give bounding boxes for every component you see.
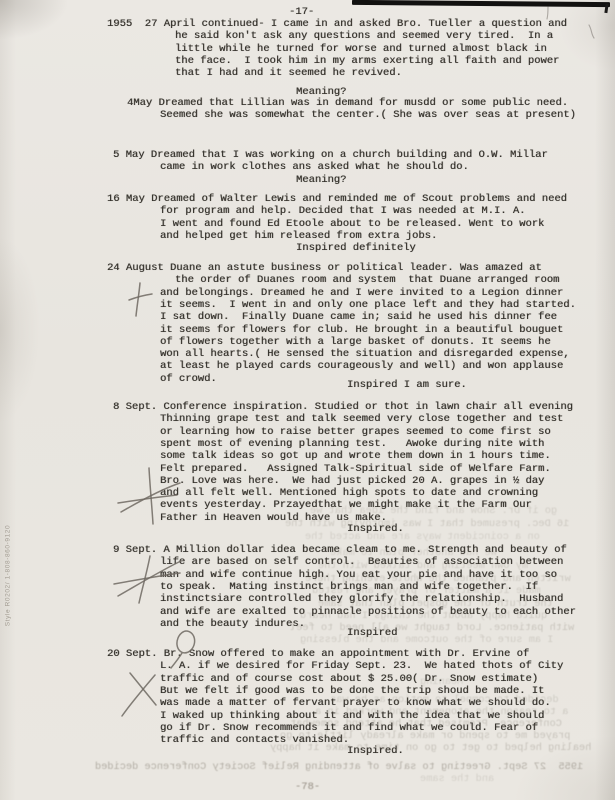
bleedthrough-text: the truth of the gospel plan that same	[318, 598, 553, 610]
scanned-page: -17- 1955 27 April continued- I came in …	[0, 0, 615, 800]
bleedthrough-text: a to reason the atonement and worked in …	[315, 706, 568, 718]
bleedthrough-text: Meaning	[420, 676, 463, 688]
entry-8-sept-line: or learning how to raise better grapes s…	[160, 426, 551, 438]
edge-stamp: Style R0202/ 1-808-860-9120	[5, 516, 12, 636]
margin-asterisk-mark-1	[149, 468, 153, 524]
entry-8-sept-line: Thinning grape test and talk seemed very…	[160, 413, 563, 425]
margin-cross-mark	[129, 294, 152, 300]
entry-27-april-line: he said kon't ask any questions and seem…	[175, 30, 553, 42]
bleedthrough-text: written and planned the whole evening th…	[305, 573, 571, 585]
entry-8-sept-line: and all felt well. Mentioned high spots …	[160, 487, 538, 499]
bleedthrough-text: healing helped to get to go on time to m…	[270, 742, 591, 754]
entry-16-may-line: and helped get him released from extra j…	[160, 230, 437, 242]
entry-27-april-line: that I had and it seemed he revived.	[175, 67, 402, 79]
bleedthrough-text: 16 Dec. presumed that I was improving wi…	[285, 518, 569, 530]
bleedthrough-text: quite happy about the things I had heard	[300, 610, 547, 622]
entry-8-sept-line: 8 Sept. Conference inspiration. Studied …	[113, 401, 573, 413]
corner-scribble	[589, 25, 594, 38]
bleedthrough-text: prayed me to spend or make already littl…	[280, 730, 570, 742]
bleedthrough-text: on a coincident ways are and acted the	[305, 531, 540, 543]
entry-24-august-line: it seems. I went in and only one place l…	[160, 299, 576, 311]
entry-24-august-line: of crowd.	[160, 373, 217, 385]
entry-20-sept-line: traffic and of course cost about $ 25.00…	[160, 673, 538, 685]
entry-20-sept-line: 20 Sept. Br. Snow offered to make an app…	[107, 648, 529, 660]
margin-asterisk-mark-2	[139, 556, 150, 603]
bleedthrough-text: and the same	[420, 773, 494, 785]
page-number-top: -17-	[289, 6, 314, 18]
entry-24-august-line: the order of Duanes room and system that…	[175, 274, 559, 286]
entry-8-sept-line: Bro. Love was here. We had just picked 2…	[160, 475, 544, 487]
entry-16-may-line: Inspired definitely	[296, 242, 416, 254]
bleedthrough-text: Conference. Promised that he attend some…	[290, 718, 562, 730]
entry-5-may-line: Meaning?	[296, 174, 346, 186]
scan-artifact-bar	[352, 0, 610, 7]
entry-8-sept-line: spent most of evening planning test. Awo…	[160, 438, 544, 450]
bleedthrough-text: we had another plan to make	[330, 547, 497, 559]
entry-24-august-line: of flowers together with a large basket …	[160, 336, 551, 348]
entry-8-sept-line: some talk ideas so got up and wrote them…	[160, 450, 551, 462]
entry-24-august-line: and belongings. Dreamed he and I were in…	[160, 287, 563, 299]
bleedthrough-text: decided to compel to motion as he was	[330, 694, 559, 706]
entry-5-may-line: 5 May Dreamed that I was working on a ch…	[113, 149, 548, 161]
entry-8-sept-line: Felt prepared. Assigned Talk-Spiritual s…	[160, 463, 551, 475]
scan-artifact-tick	[604, 4, 608, 13]
entry-27-april-line: 1955 27 April continued- I came in and a…	[107, 18, 567, 30]
bleedthrough-text: go if Dr. Snow and find the idea that we	[310, 505, 557, 517]
bleedthrough-text: made it a matter of prayer and rested	[312, 585, 541, 597]
bleedthrough-text: I am sure of the outcome and the blessin…	[300, 634, 553, 646]
entry-5-may-line: came in work clothes ans asked what he s…	[160, 161, 469, 173]
entry-24-august-line: won all hearts.( He sensed the situation…	[160, 348, 570, 360]
entry-24-august-line: at least he played cards courageously an…	[160, 360, 563, 372]
entry-24-august-line: Inspired I am sure.	[347, 379, 467, 391]
bleedthrough-text: 1955 27 Sept. Greeting to salve of atten…	[95, 761, 583, 773]
entry-27-april-line: the face. I took him in my arms exerting…	[175, 55, 559, 67]
entry-4-may-line: 4May Dreamed that Lillian was in demand …	[127, 97, 568, 109]
entry-9-sept-line: and the beauty indures.	[160, 618, 305, 630]
margin-x-mark	[122, 675, 155, 716]
page-number-bottom: -78-	[295, 781, 320, 793]
entry-4-may-line: Seemed she was somewhat the center.( She…	[160, 109, 576, 121]
entry-24-august-line: I sat down. Finally Duane came in; said …	[160, 311, 557, 323]
entry-27-april-line: little while he turned for worse and tur…	[175, 43, 547, 55]
entry-16-may-line: 16 May Dreamed of Walter Lewis and remin…	[107, 193, 567, 205]
entry-24-august-line: it seems for flowers for club. He brough…	[160, 324, 563, 336]
entry-16-may-line: I went and found Ed Etoole about to be r…	[160, 218, 544, 230]
entry-24-august-line: 24 August Duane an astute business or po…	[107, 262, 542, 274]
bleedthrough-text: my own meeting and talked with the	[318, 560, 528, 572]
margin-x-mark	[130, 673, 156, 705]
entry-20-sept-line: L. A. if we desired for Friday Sept. 23.…	[160, 660, 563, 672]
margin-cross-mark	[136, 283, 140, 316]
bleedthrough-text: with patience. Lord taught we all need t…	[290, 622, 574, 634]
entry-16-may-line: for program and help. Decided that I was…	[160, 205, 525, 217]
